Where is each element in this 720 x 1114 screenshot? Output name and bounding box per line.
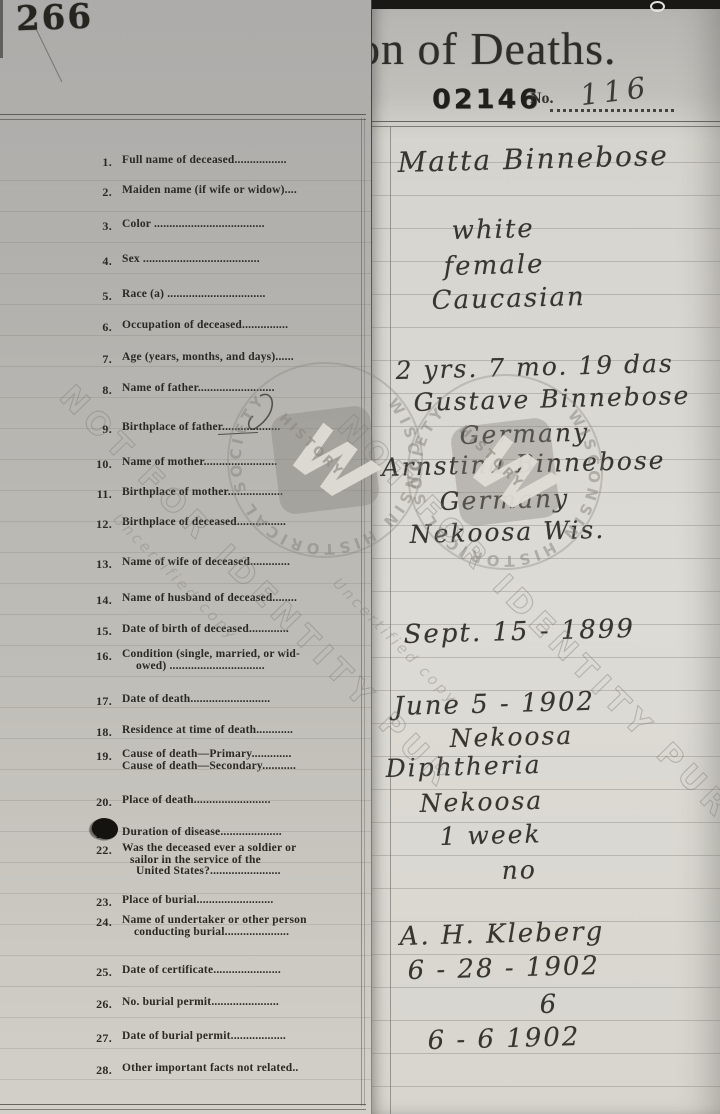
field-label: Name of mother........................ xyxy=(122,457,372,469)
field-number: 25. xyxy=(72,965,112,980)
form-field-row: 7.Age (years, months, and days)...... xyxy=(0,352,372,364)
death-record-scan: 266 1.Full name of deceased.............… xyxy=(0,0,720,1114)
scan-edge xyxy=(0,0,3,58)
form-field-row: 6.Occupation of deceased............... xyxy=(0,320,372,332)
form-field-row: 3.Color ................................… xyxy=(0,219,372,231)
field-label: Birthplace of deceased................ xyxy=(122,517,372,529)
form-field-row: 16.Condition (single, married, or wid-ow… xyxy=(0,649,372,672)
field-number: 15. xyxy=(72,624,112,639)
field-label: conducting burial..................... xyxy=(122,927,372,939)
field-label: Residence at time of death............ xyxy=(122,725,372,737)
ledger-ruling-right xyxy=(372,130,720,1114)
page-number: 266 xyxy=(15,0,93,39)
field-number: 5. xyxy=(72,289,112,304)
form-field-row: 24.Name of undertaker or other personcon… xyxy=(0,915,372,938)
field-label: Name of undertaker or other person xyxy=(122,915,372,927)
field-label: Date of death.......................... xyxy=(122,694,372,706)
field-label: Place of burial......................... xyxy=(122,895,372,907)
field-number: 12. xyxy=(72,517,112,532)
field-number: 2. xyxy=(72,185,112,200)
form-field-row: 18.Residence at time of death...........… xyxy=(0,725,372,737)
field-label: Age (years, months, and days)...... xyxy=(122,352,372,364)
field-label: Cause of death—Primary............. xyxy=(122,749,372,761)
field-label: Color ..................................… xyxy=(122,219,372,231)
form-field-row: 21.Duration of disease..................… xyxy=(0,827,372,839)
field-label: Date of birth of deceased............. xyxy=(122,624,372,636)
header-rule-left xyxy=(0,114,366,120)
field-number: 18. xyxy=(72,725,112,740)
field-label: Maiden name (if wife or widow).... xyxy=(122,185,372,197)
form-field-row: 22.Was the deceased ever a soldier orsai… xyxy=(0,843,372,878)
field-label: Name of father......................... xyxy=(122,383,372,395)
field-label: Place of death......................... xyxy=(122,795,372,807)
form-field-row: 1.Full name of deceased................. xyxy=(0,155,372,167)
scan-top-band xyxy=(372,0,720,9)
field-label: Name of husband of deceased........ xyxy=(122,593,372,605)
form-field-row: 19.Cause of death—Primary.............Ca… xyxy=(0,749,372,772)
field-label: Full name of deceased................. xyxy=(122,155,372,167)
form-field-row: 17.Date of death........................… xyxy=(0,694,372,706)
field-number: 13. xyxy=(72,557,112,572)
field-number: 17. xyxy=(72,694,112,709)
form-field-row: 11.Birthplace of mother.................… xyxy=(0,487,372,499)
form-field-row: 10.Name of mother.......................… xyxy=(0,457,372,469)
field-number: 14. xyxy=(72,593,112,608)
form-field-row: 9.Birthplace of father..................… xyxy=(0,422,372,434)
column-rule xyxy=(361,118,362,1106)
field-number: 4. xyxy=(72,254,112,269)
right-page: on of Deaths. 02146 No. 116 xyxy=(372,0,720,1114)
margin-rule xyxy=(390,127,391,1114)
left-page: 266 1.Full name of deceased.............… xyxy=(0,0,372,1114)
field-label: Occupation of deceased............... xyxy=(122,320,372,332)
field-number: 16. xyxy=(72,649,112,664)
field-label: Race (a) ...............................… xyxy=(122,289,372,301)
field-label: Other important facts not related.. xyxy=(122,1063,372,1075)
field-number: 11. xyxy=(72,487,112,502)
form-field-row: 27.Date of burial permit................… xyxy=(0,1031,372,1043)
field-number: 8. xyxy=(72,383,112,398)
form-field-row: 8.Name of father........................… xyxy=(0,383,372,395)
form-field-row: 25.Date of certificate..................… xyxy=(0,965,372,977)
field-label: Duration of disease.................... xyxy=(122,827,372,839)
form-field-row: 28.Other important facts not related.. xyxy=(0,1063,372,1075)
header-rule-right xyxy=(372,121,720,127)
field-number: 19. xyxy=(72,749,112,764)
punch-hole-mark xyxy=(650,1,665,12)
field-number: 28. xyxy=(72,1063,112,1078)
register-title: on of Deaths. xyxy=(372,22,617,75)
field-number: 26. xyxy=(72,997,112,1012)
field-label: Name of wife of deceased............. xyxy=(122,557,372,569)
field-label: Birthplace of mother.................. xyxy=(122,487,372,499)
field-label: United States?....................... xyxy=(122,866,372,878)
field-number: 7. xyxy=(72,352,112,367)
form-field-row: 26.No. burial permit....................… xyxy=(0,997,372,1009)
column-rule-2 xyxy=(364,118,365,1106)
field-number: 6. xyxy=(72,320,112,335)
field-label: Cause of death—Secondary........... xyxy=(122,761,372,773)
field-number: 20. xyxy=(72,795,112,810)
field-label: Was the deceased ever a soldier or xyxy=(122,843,372,855)
form-field-row: 15.Date of birth of deceased............… xyxy=(0,624,372,636)
field-label: Date of burial permit.................. xyxy=(122,1031,372,1043)
field-number: 27. xyxy=(72,1031,112,1046)
footer-rule-left xyxy=(0,1104,366,1110)
form-field-row: 13.Name of wife of deceased............. xyxy=(0,557,372,569)
field-number: 9. xyxy=(72,422,112,437)
field-number: 1. xyxy=(72,155,112,170)
form-field-row: 4.Sex ..................................… xyxy=(0,254,372,266)
pen-loop-mark xyxy=(240,388,290,443)
form-field-row: 23.Place of burial......................… xyxy=(0,895,372,907)
form-field-row: 5.Race (a) .............................… xyxy=(0,289,372,301)
field-label: No. burial permit...................... xyxy=(122,997,372,1009)
field-number: 22. xyxy=(72,843,112,858)
field-label: Condition (single, married, or wid- xyxy=(122,649,372,661)
field-label: Sex ....................................… xyxy=(122,254,372,266)
field-number: 23. xyxy=(72,895,112,910)
form-field-row: 20.Place of death.......................… xyxy=(0,795,372,807)
field-number: 3. xyxy=(72,219,112,234)
field-number: 10. xyxy=(72,457,112,472)
field-number: 24. xyxy=(72,915,112,930)
stamp-number: 02146 xyxy=(432,84,541,115)
form-field-row: 2.Maiden name (if wife or widow).... xyxy=(0,185,372,197)
form-field-row: 14.Name of husband of deceased........ xyxy=(0,593,372,605)
field-label: owed) ............................... xyxy=(122,661,372,673)
form-field-row: 12.Birthplace of deceased...............… xyxy=(0,517,372,529)
field-label: Date of certificate.....................… xyxy=(122,965,372,977)
